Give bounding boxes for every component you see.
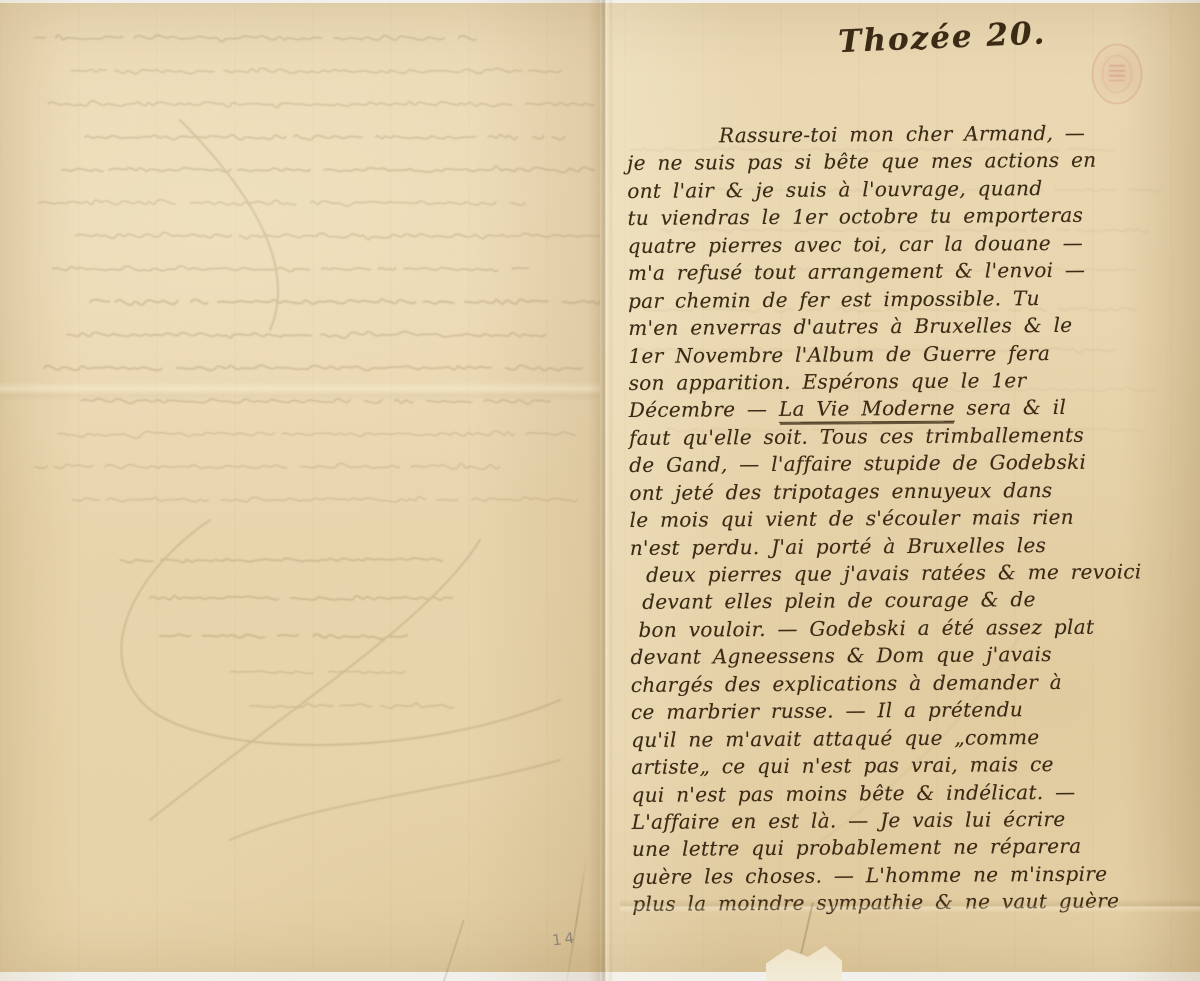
letter-line: je ne suis pas si bête que mes actions e…	[627, 147, 1200, 178]
letter-line: faut qu'elle soit. Tous ces trimballemen…	[629, 422, 1200, 453]
letter-line: 1er Novembre l'Album de Guerre fera	[628, 339, 1200, 370]
letter-scan: Thozée 20. Rassure-toi mon cher Armand, …	[0, 0, 1200, 981]
letter-line: Décembre — La Vie Moderne sera & il	[629, 394, 1200, 425]
letter-line: qu'il ne m'avait attaqué que „comme	[631, 724, 1200, 755]
page-number-pencil: 14	[551, 929, 578, 950]
letter-line: deux pierres que j'avais ratées & me rev…	[646, 559, 1200, 590]
letter-line: ce marbrier russe. — Il a prétendu	[631, 696, 1200, 727]
letter-line: par chemin de fer est impossible. Tu	[628, 285, 1200, 316]
letter-text: Thozée 20. Rassure-toi mon cher Armand, …	[620, 0, 1200, 981]
horizontal-crease	[620, 899, 1200, 913]
letter-line: son apparition. Espérons que le 1er	[629, 367, 1200, 398]
letter-line: Rassure-toi mon cher Armand, —	[719, 120, 1200, 151]
letter-line: qui n'est pas moins bête & indélicat. —	[631, 778, 1200, 809]
letter-line: n'est perdu. J'ai porté à Bruxelles les	[630, 532, 1200, 563]
fold-band	[0, 382, 600, 402]
letter-line: devant Agneessens & Dom que j'avais	[631, 641, 1200, 672]
letter-line: devant elles plein de courage & de	[642, 586, 1200, 617]
letter-line: bon vouloir. — Godebski a été assez plat	[638, 614, 1200, 645]
letter-line: guère les choses. — L'homme ne m'inspire	[632, 861, 1200, 892]
letter-place-date: Thozée 20.	[838, 15, 1047, 60]
letter-line: ont l'air & je suis à l'ouvrage, quand	[627, 175, 1200, 206]
left-page	[0, 0, 600, 981]
letter-body: Rassure-toi mon cher Armand, —je ne suis…	[627, 120, 1200, 920]
letter-line: tu viendras le 1er octobre tu emporteras	[627, 202, 1200, 233]
letter-line: une lettre qui probablement ne réparera	[632, 833, 1200, 864]
letter-line: de Gand, — l'affaire stupide de Godebski	[629, 449, 1200, 480]
bleedthrough-handwriting	[0, 0, 600, 981]
letter-line: artiste„ ce qui n'est pas vrai, mais ce	[631, 751, 1200, 782]
letter-line: le mois qui vient de s'écouler mais rien	[630, 504, 1200, 535]
letter-line: m'a refusé tout arrangement & l'envoi —	[628, 257, 1200, 288]
letter-line: quatre pierres avec toi, car la douane —	[628, 230, 1200, 261]
letter-line: ont jeté des tripotages ennuyeux dans	[629, 477, 1200, 508]
letter-line: chargés des explications à demander à	[631, 669, 1200, 700]
letter-line: m'en enverras d'autres à Bruxelles & le	[628, 312, 1200, 343]
letter-line: L'affaire en est là. — Je vais lui écrir…	[632, 806, 1200, 837]
